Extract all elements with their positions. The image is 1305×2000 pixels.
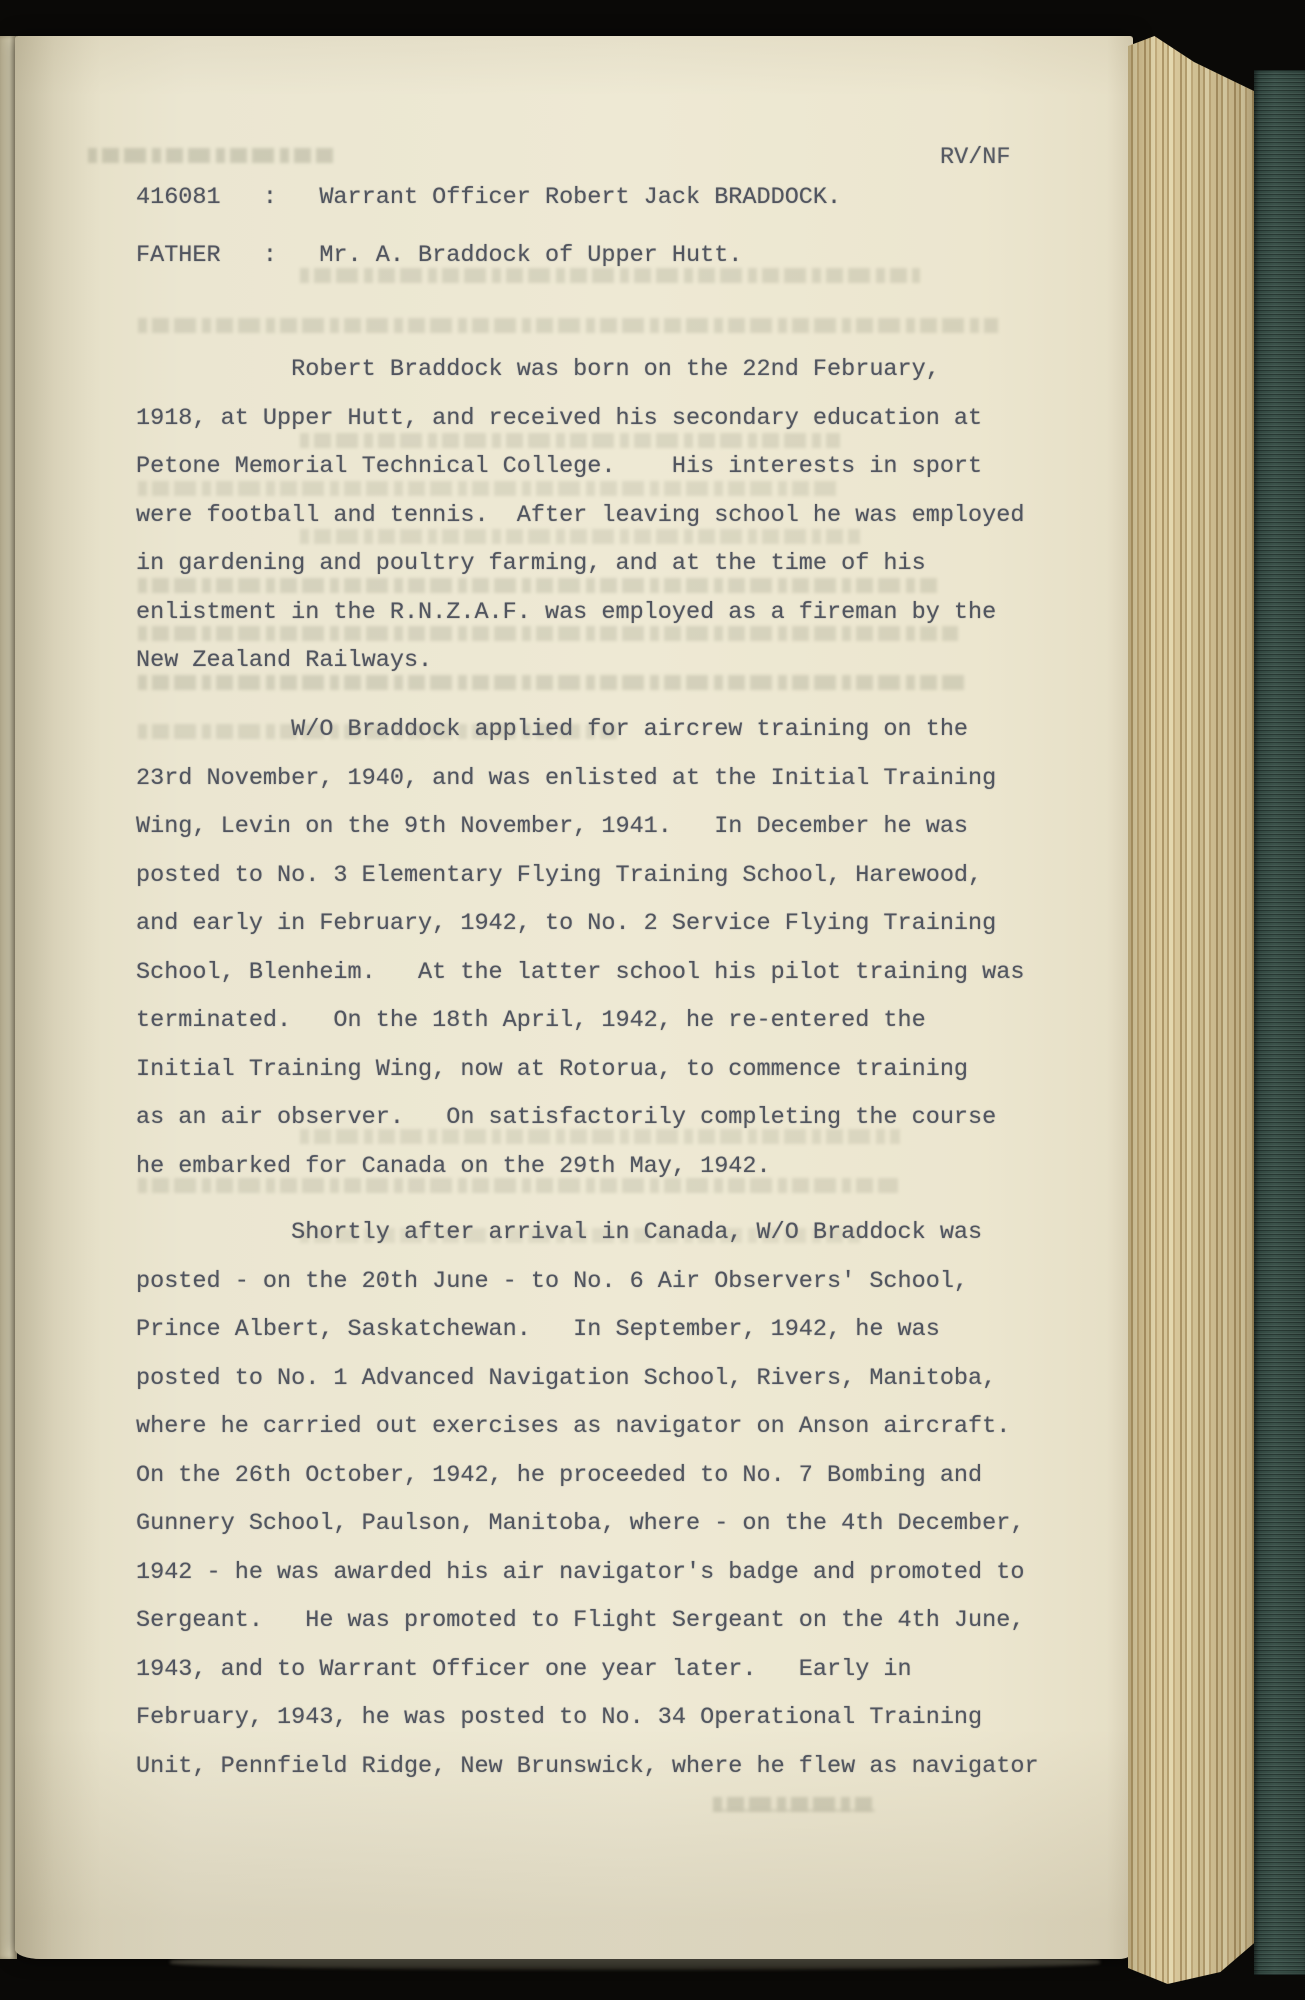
- stacked-page-edges: [1128, 0, 1260, 1995]
- typed-line: New Zealand Railways.: [136, 647, 432, 675]
- typed-line: Robert Braddock was born on the 22nd Feb…: [136, 356, 940, 384]
- typed-line: posted to No. 3 Elementary Flying Traini…: [136, 862, 982, 890]
- typed-line: Shortly after arrival in Canada, W/O Bra…: [136, 1219, 982, 1247]
- typed-line: Sergeant. He was promoted to Flight Serg…: [136, 1607, 1024, 1635]
- typed-line: he embarked for Canada on the 29th May, …: [136, 1153, 771, 1181]
- typed-line: On the 26th October, 1942, he proceeded …: [136, 1462, 982, 1490]
- typed-line: posted to No. 1 Advanced Navigation Scho…: [136, 1365, 996, 1393]
- typed-line: enlistment in the R.N.Z.A.F. was employe…: [136, 599, 996, 627]
- typed-line: Initial Training Wing, now at Rotorua, t…: [136, 1056, 968, 1084]
- typed-line: 23rd November, 1940, and was enlisted at…: [136, 765, 996, 793]
- typed-line: terminated. On the 18th April, 1942, he …: [136, 1007, 926, 1035]
- book-photo: { "photo": { "background_color": "#0a090…: [0, 0, 1305, 2000]
- typed-line: Prince Albert, Saskatchewan. In Septembe…: [136, 1316, 940, 1344]
- typed-line: 1918, at Upper Hutt, and received his se…: [136, 405, 982, 433]
- typed-line: Gunnery School, Paulson, Manitoba, where…: [136, 1510, 1024, 1538]
- typed-text: 416081 : Warrant Officer Robert Jack BRA…: [15, 36, 1133, 1959]
- father-line: FATHER : Mr. A. Braddock of Upper Hutt.: [136, 242, 742, 270]
- typed-line: Petone Memorial Technical College. His i…: [136, 453, 982, 481]
- typed-line: in gardening and poultry farming, and at…: [136, 550, 926, 578]
- typed-line: as an air observer. On satisfactorily co…: [136, 1104, 996, 1132]
- document-page: RV/NF 416081 : Warrant Officer Robert Ja…: [15, 36, 1133, 1959]
- typed-line: were football and tennis. After leaving …: [136, 502, 1024, 530]
- typed-line: and early in February, 1942, to No. 2 Se…: [136, 910, 996, 938]
- typed-line: where he carried out exercises as naviga…: [136, 1413, 1010, 1441]
- typed-line: February, 1943, he was posted to No. 34 …: [136, 1704, 982, 1732]
- typed-line: School, Blenheim. At the latter school h…: [136, 959, 1024, 987]
- typed-line: W/O Braddock applied for aircrew trainin…: [136, 716, 968, 744]
- book-cover-cloth: [1254, 70, 1305, 1975]
- typed-line: Wing, Levin on the 9th November, 1941. I…: [136, 813, 968, 841]
- service-number-line: 416081 : Warrant Officer Robert Jack BRA…: [136, 184, 841, 212]
- typed-line: Unit, Pennfield Ridge, New Brunswick, wh…: [136, 1753, 1039, 1781]
- typed-line: posted - on the 20th June - to No. 6 Air…: [136, 1268, 968, 1296]
- typed-line: 1943, and to Warrant Officer one year la…: [136, 1656, 912, 1684]
- typed-line: 1942 - he was awarded his air navigator'…: [136, 1559, 1024, 1587]
